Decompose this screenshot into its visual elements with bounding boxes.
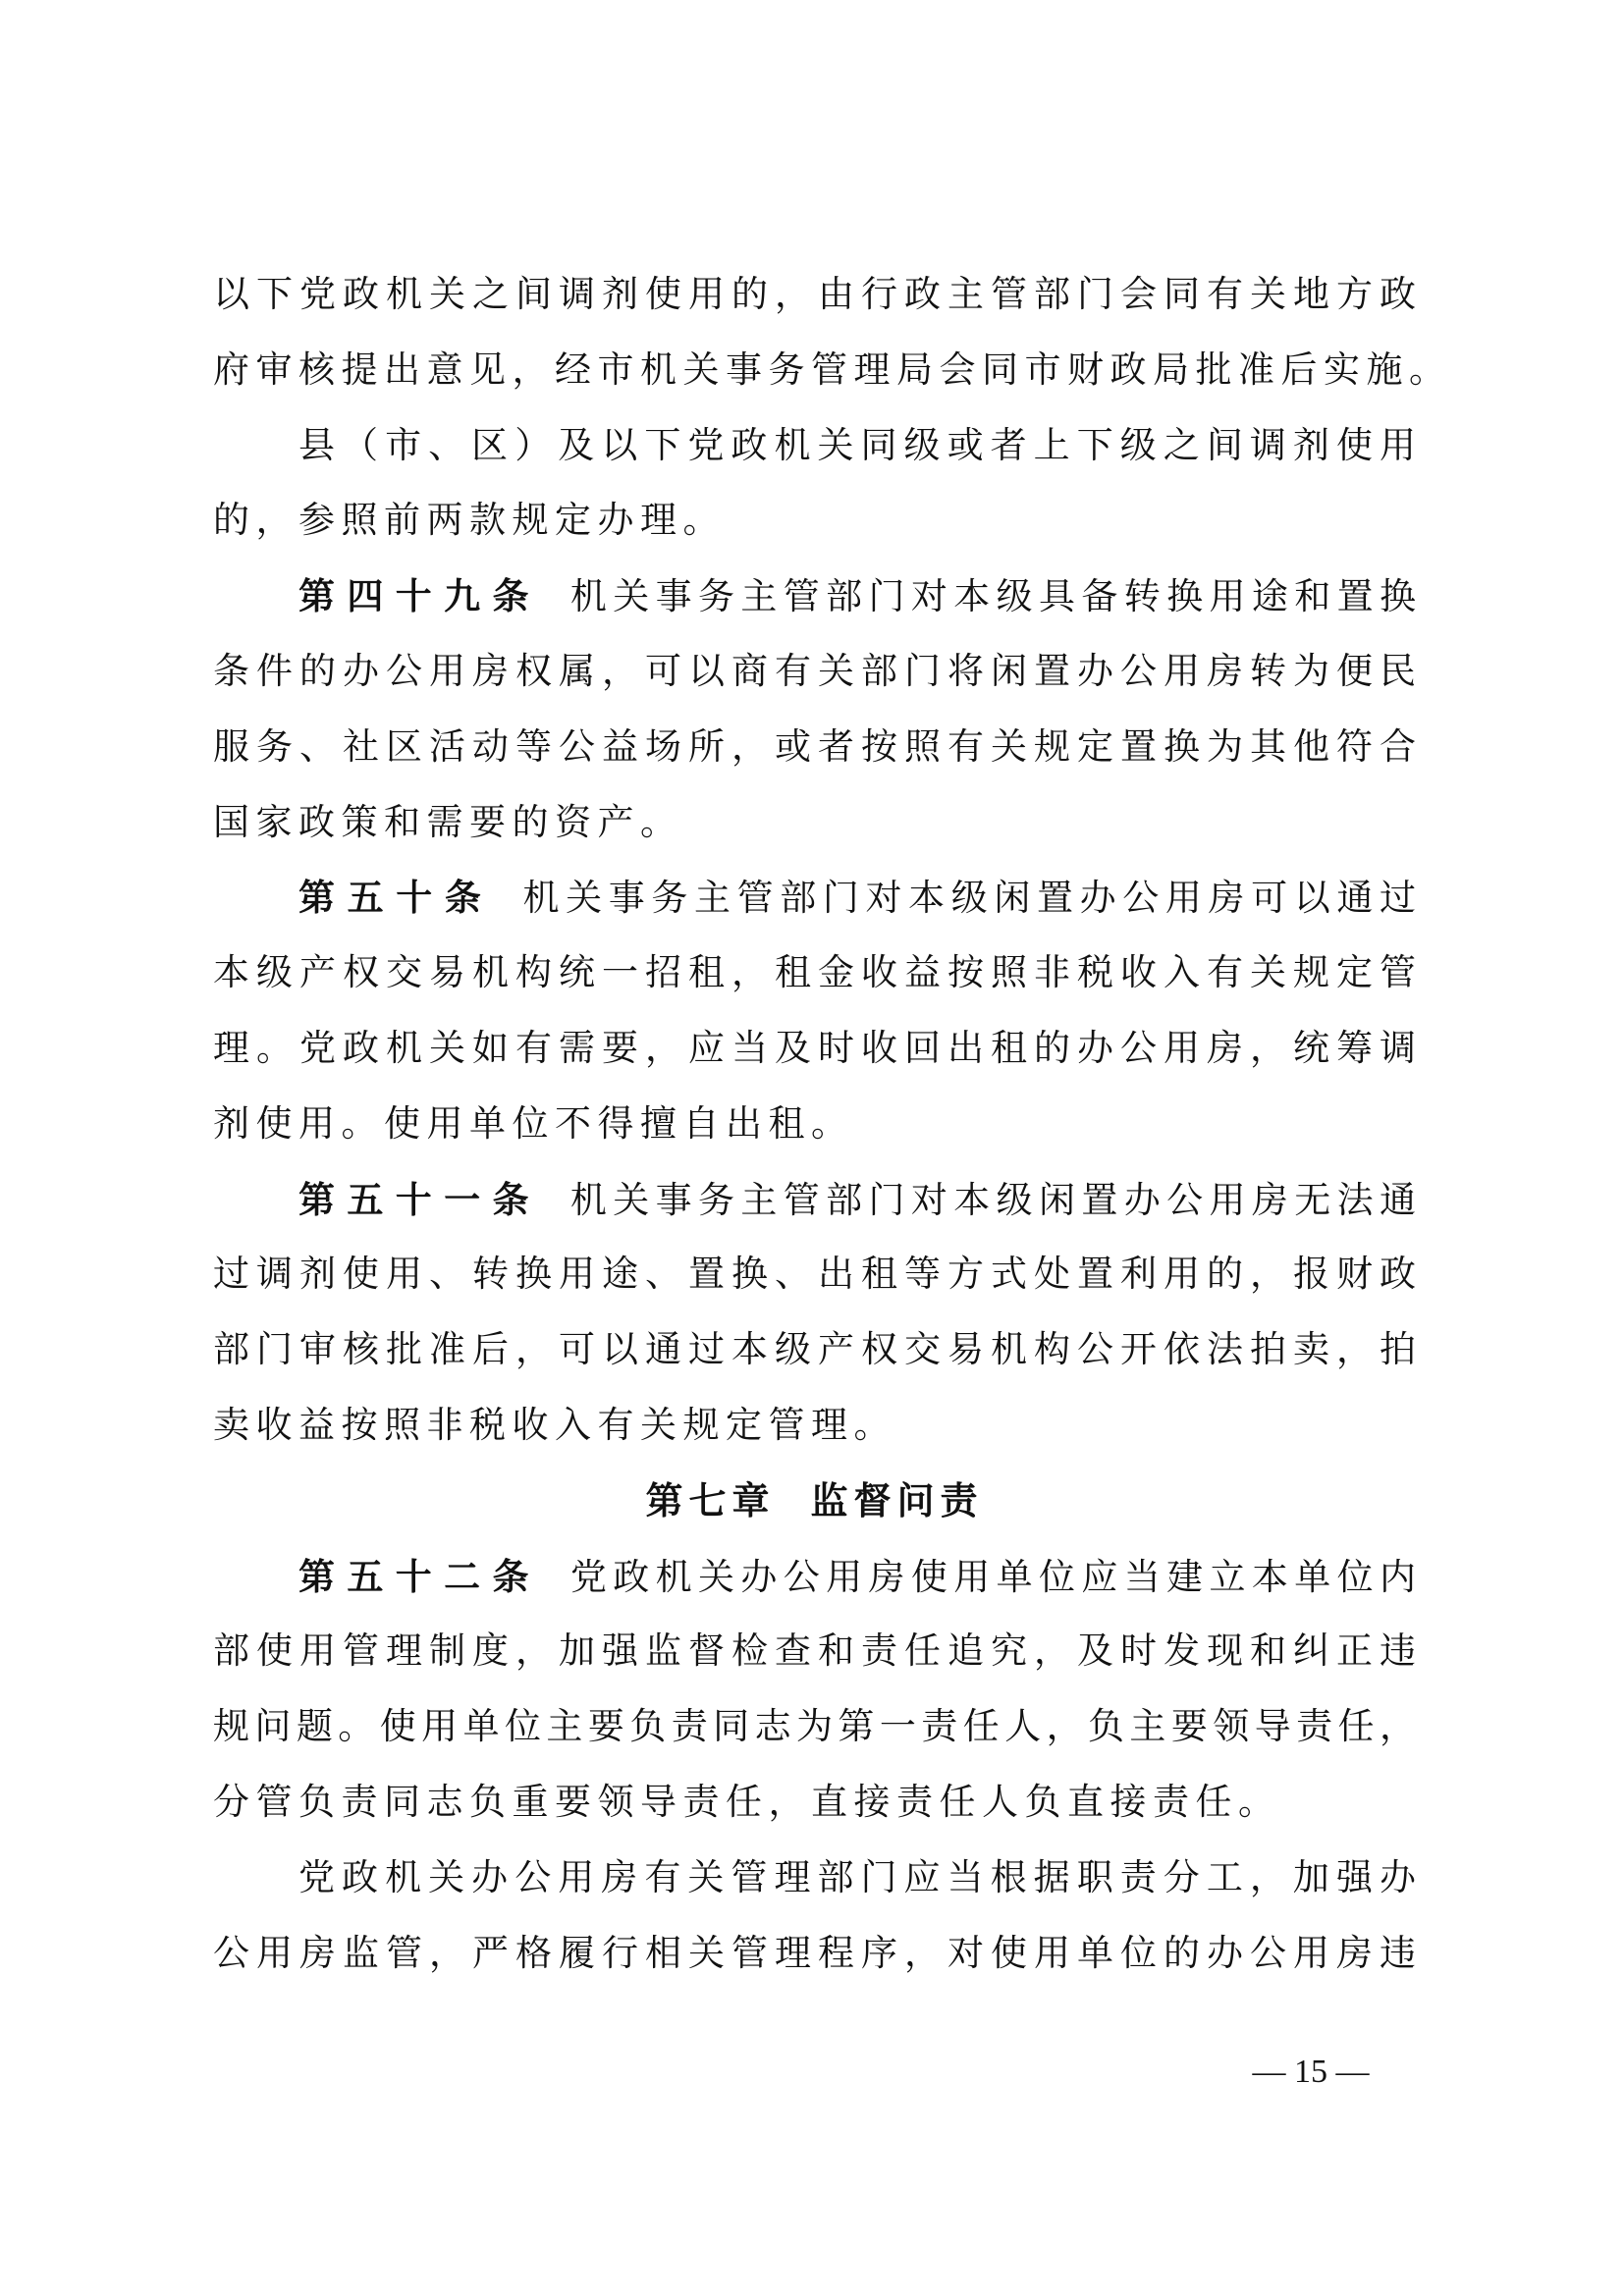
article-number: 第五十条 <box>298 876 494 919</box>
paragraph-line: 县（市、区）及以下党政机关同级或者上下级之间调剂使用 <box>213 418 1416 494</box>
paragraph-line: 理。党政机关如有需要，应当及时收回出租的办公用房，统筹调 <box>213 1021 1416 1096</box>
paragraph-line: 本级产权交易机构统一招租，租金收益按照非税收入有关规定管 <box>213 945 1416 1021</box>
article-51-line: 第五十一条机关事务主管部门对本级闲置办公用房无法通 <box>213 1172 1416 1248</box>
line-text: 机关事务主管部门对本级闲置办公用房无法通 <box>570 1179 1416 1221</box>
line-text: 国家政策和需要的资产。 <box>213 801 683 843</box>
paragraph-line: 分管负责同志负重要领导责任，直接责任人负直接责任。 <box>213 1775 1416 1850</box>
document-page: 以下党政机关之间调剂使用的，由行政主管部门会同有关地方政 府审核提出意见，经市机… <box>0 0 1624 2296</box>
line-text: 过调剂使用、转换用途、置换、出租等方式处置利用的，报财政 <box>213 1253 1416 1295</box>
article-number: 第五十二条 <box>298 1555 541 1598</box>
line-text: 剂使用。使用单位不得擅自出租。 <box>213 1102 854 1145</box>
line-text: 县（市、区）及以下党政机关同级或者上下级之间调剂使用 <box>298 424 1416 466</box>
line-text: 党政机关办公用房有关管理部门应当根据职责分工，加强办 <box>298 1856 1416 1898</box>
paragraph-line: 卖收益按照非税收入有关规定管理。 <box>213 1398 1416 1473</box>
article-number: 第五十一条 <box>298 1178 541 1221</box>
line-text: 部使用管理制度，加强监督检查和责任追究，及时发现和纠正违 <box>213 1629 1416 1672</box>
chapter-title: 监督问责 <box>811 1479 984 1522</box>
chapter-number: 第七章 <box>645 1479 775 1522</box>
paragraph-line: 服务、社区活动等公益场所，或者按照有关规定置换为其他符合 <box>213 720 1416 795</box>
page-number: — 15 — <box>1222 2054 1399 2091</box>
line-text: 分管负责同志负重要领导责任，直接责任人负直接责任。 <box>213 1781 1281 1823</box>
chapter-heading: 第七章监督问责 <box>213 1473 1416 1549</box>
line-text: 公用房监管，严格履行相关管理程序，对使用单位的办公用房违 <box>213 1932 1416 1974</box>
paragraph-line: 规问题。使用单位主要负责同志为第一责任人，负主要领导责任， <box>213 1699 1416 1775</box>
paragraph-line: 国家政策和需要的资产。 <box>213 795 1416 871</box>
paragraph-line: 部门审核批准后，可以通过本级产权交易机构公开依法拍卖，拍 <box>213 1322 1416 1398</box>
paragraph-line: 党政机关办公用房有关管理部门应当根据职责分工，加强办 <box>213 1850 1416 1926</box>
line-text: 本级产权交易机构统一招租，租金收益按照非税收入有关规定管 <box>213 951 1416 993</box>
document-body: 以下党政机关之间调剂使用的，由行政主管部门会同有关地方政 府审核提出意见，经市机… <box>213 267 1416 2001</box>
line-text: 党政机关办公用房使用单位应当建立本单位内 <box>570 1556 1416 1598</box>
line-text: 机关事务主管部门对本级闲置办公用房可以通过 <box>523 877 1417 919</box>
line-text: 机关事务主管部门对本级具备转换用途和置换 <box>570 575 1416 617</box>
article-52-line: 第五十二条党政机关办公用房使用单位应当建立本单位内 <box>213 1549 1416 1625</box>
line-text: 卖收益按照非税收入有关规定管理。 <box>213 1404 896 1446</box>
paragraph-line: 部使用管理制度，加强监督检查和责任追究，及时发现和纠正违 <box>213 1624 1416 1699</box>
article-49-line: 第四十九条机关事务主管部门对本级具备转换用途和置换 <box>213 568 1416 644</box>
line-text: 规问题。使用单位主要负责同志为第一责任人，负主要领导责任， <box>213 1705 1416 1747</box>
paragraph-line: 以下党政机关之间调剂使用的，由行政主管部门会同有关地方政 <box>213 267 1416 343</box>
article-50-line: 第五十条机关事务主管部门对本级闲置办公用房可以通过 <box>213 870 1416 945</box>
paragraph-line: 剂使用。使用单位不得擅自出租。 <box>213 1096 1416 1172</box>
line-text: 以下党政机关之间调剂使用的，由行政主管部门会同有关地方政 <box>213 273 1416 315</box>
line-text: 的，参照前两款规定办理。 <box>213 499 726 541</box>
paragraph-line: 条件的办公用房权属，可以商有关部门将闲置办公用房转为便民 <box>213 644 1416 720</box>
line-text: 服务、社区活动等公益场所，或者按照有关规定置换为其他符合 <box>213 725 1416 768</box>
paragraph-line: 府审核提出意见，经市机关事务管理局会同市财政局批准后实施。 <box>213 343 1416 418</box>
paragraph-line: 公用房监管，严格履行相关管理程序，对使用单位的办公用房违 <box>213 1926 1416 2002</box>
line-text: 理。党政机关如有需要，应当及时收回出租的办公用房，统筹调 <box>213 1027 1416 1069</box>
line-text: 条件的办公用房权属，可以商有关部门将闲置办公用房转为便民 <box>213 650 1416 692</box>
line-text: 部门审核批准后，可以通过本级产权交易机构公开依法拍卖，拍 <box>213 1328 1416 1370</box>
paragraph-line: 过调剂使用、转换用途、置换、出租等方式处置利用的，报财政 <box>213 1247 1416 1322</box>
paragraph-line: 的，参照前两款规定办理。 <box>213 493 1416 568</box>
line-text: 府审核提出意见，经市机关事务管理局会同市财政局批准后实施。 <box>213 348 1452 391</box>
article-number: 第四十九条 <box>298 574 541 617</box>
